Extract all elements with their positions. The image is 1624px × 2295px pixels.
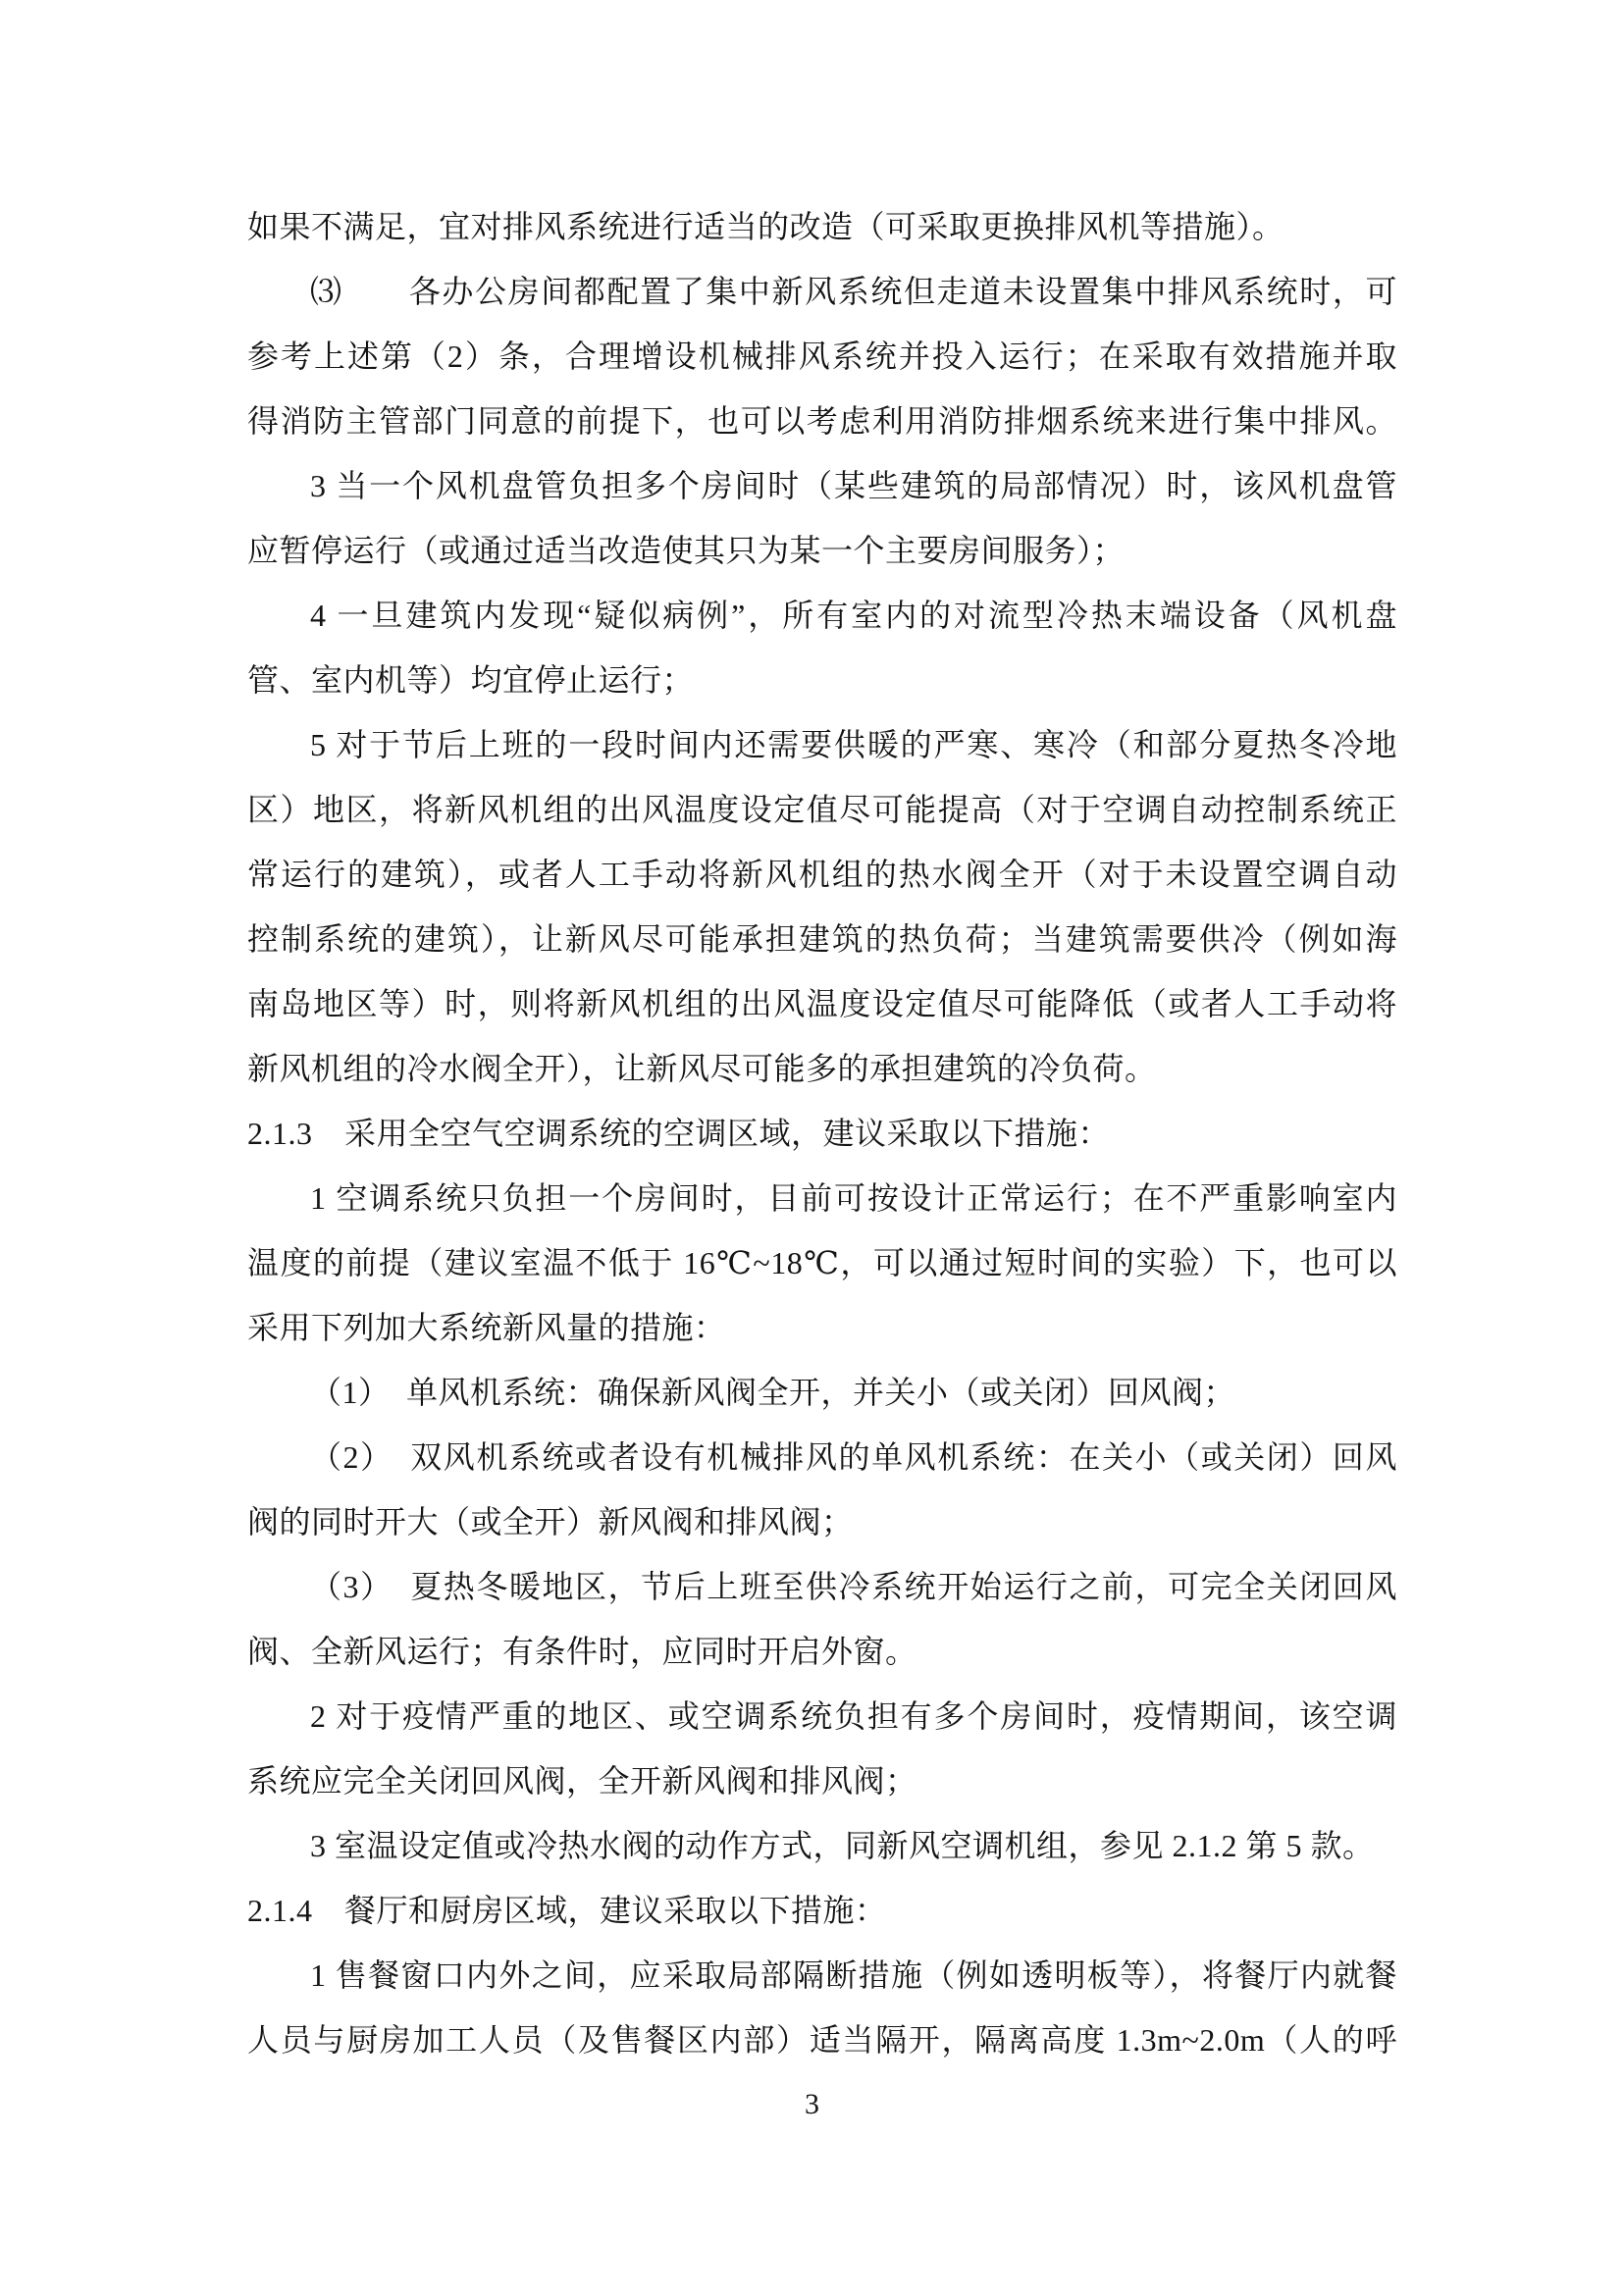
text-line: 3 室温设定值或冷热水阀的动作方式，同新风空调机组，参见 2.1.2 第 5 款… — [247, 1813, 1397, 1878]
text-line: 系统应完全关闭回风阀，全开新风阀和排风阀； — [247, 1748, 1397, 1813]
section-heading: 2.1.3 采用全空气空调系统的空调区域，建议采取以下措施： — [247, 1101, 1397, 1166]
text-line: 阀、全新风运行；有条件时，应同时开启外窗。 — [247, 1619, 1397, 1684]
text-line: 新风机组的冷水阀全开），让新风尽可能多的承担建筑的冷负荷。 — [247, 1036, 1397, 1101]
text-line: （3） 夏热冬暖地区，节后上班至供冷系统开始运行之前，可完全关闭回风 — [247, 1554, 1397, 1619]
text-line: 人员与厨房加工人员（及售餐区内部）适当隔开，隔离高度 1.3m~2.0m（人的呼 — [247, 2008, 1397, 2072]
text-line: （2） 双风机系统或者设有机械排风的单风机系统：在关小（或关闭）回风 — [247, 1425, 1397, 1489]
text-line: 南岛地区等）时，则将新风机组的出风温度设定值尽可能降低（或者人工手动将 — [247, 971, 1397, 1036]
document-page: 如果不满足，宜对排风系统进行适当的改造（可采取更换排风机等措施）。 ⑶ 各办公房… — [0, 0, 1624, 2295]
text-line: ⑶ 各办公房间都配置了集中新风系统但走道未设置集中排风系统时，可 — [247, 259, 1397, 324]
text-line: 管、室内机等）均宜停止运行； — [247, 648, 1397, 712]
text-line: 3 当一个风机盘管负担多个房间时（某些建筑的局部情况）时，该风机盘管 — [247, 453, 1397, 518]
text-line: 采用下列加大系统新风量的措施： — [247, 1295, 1397, 1360]
text-line: 应暂停运行（或通过适当改造使其只为某一个主要房间服务）； — [247, 518, 1397, 583]
text-line: 5 对于节后上班的一段时间内还需要供暖的严寒、寒冷（和部分夏热冬冷地 — [247, 712, 1397, 777]
text-line: 1 售餐窗口内外之间，应采取局部隔断措施（例如透明板等），将餐厅内就餐 — [247, 1943, 1397, 2008]
text-line: 常运行的建筑），或者人工手动将新风机组的热水阀全开（对于未设置空调自动 — [247, 842, 1397, 907]
text-line: 2 对于疫情严重的地区、或空调系统负担有多个房间时，疫情期间，该空调 — [247, 1684, 1397, 1748]
text-block: 如果不满足，宜对排风系统进行适当的改造（可采取更换排风机等措施）。 ⑶ 各办公房… — [247, 194, 1397, 2072]
section-heading: 2.1.4 餐厅和厨房区域，建议采取以下措施： — [247, 1878, 1397, 1943]
page-number: 3 — [0, 2072, 1624, 2137]
text-line: 区）地区，将新风机组的出风温度设定值尽可能提高（对于空调自动控制系统正 — [247, 777, 1397, 842]
text-line: 控制系统的建筑），让新风尽可能承担建筑的热负荷；当建筑需要供冷（例如海 — [247, 907, 1397, 971]
text-line: （1） 单风机系统：确保新风阀全开，并关小（或关闭）回风阀； — [247, 1360, 1397, 1425]
text-line: 温度的前提（建议室温不低于 16℃~18℃，可以通过短时间的实验）下，也可以 — [247, 1230, 1397, 1295]
text-line: 4 一旦建筑内发现“疑似病例”，所有室内的对流型冷热末端设备（风机盘 — [247, 583, 1397, 648]
text-line: 参考上述第（2）条，合理增设机械排风系统并投入运行；在采取有效措施并取 — [247, 324, 1397, 389]
text-line: 如果不满足，宜对排风系统进行适当的改造（可采取更换排风机等措施）。 — [247, 194, 1397, 259]
text-line: 1 空调系统只负担一个房间时，目前可按设计正常运行；在不严重影响室内 — [247, 1166, 1397, 1230]
text-line: 阀的同时开大（或全开）新风阀和排风阀； — [247, 1489, 1397, 1554]
text-line: 得消防主管部门同意的前提下，也可以考虑利用消防排烟系统来进行集中排风。 — [247, 389, 1397, 453]
